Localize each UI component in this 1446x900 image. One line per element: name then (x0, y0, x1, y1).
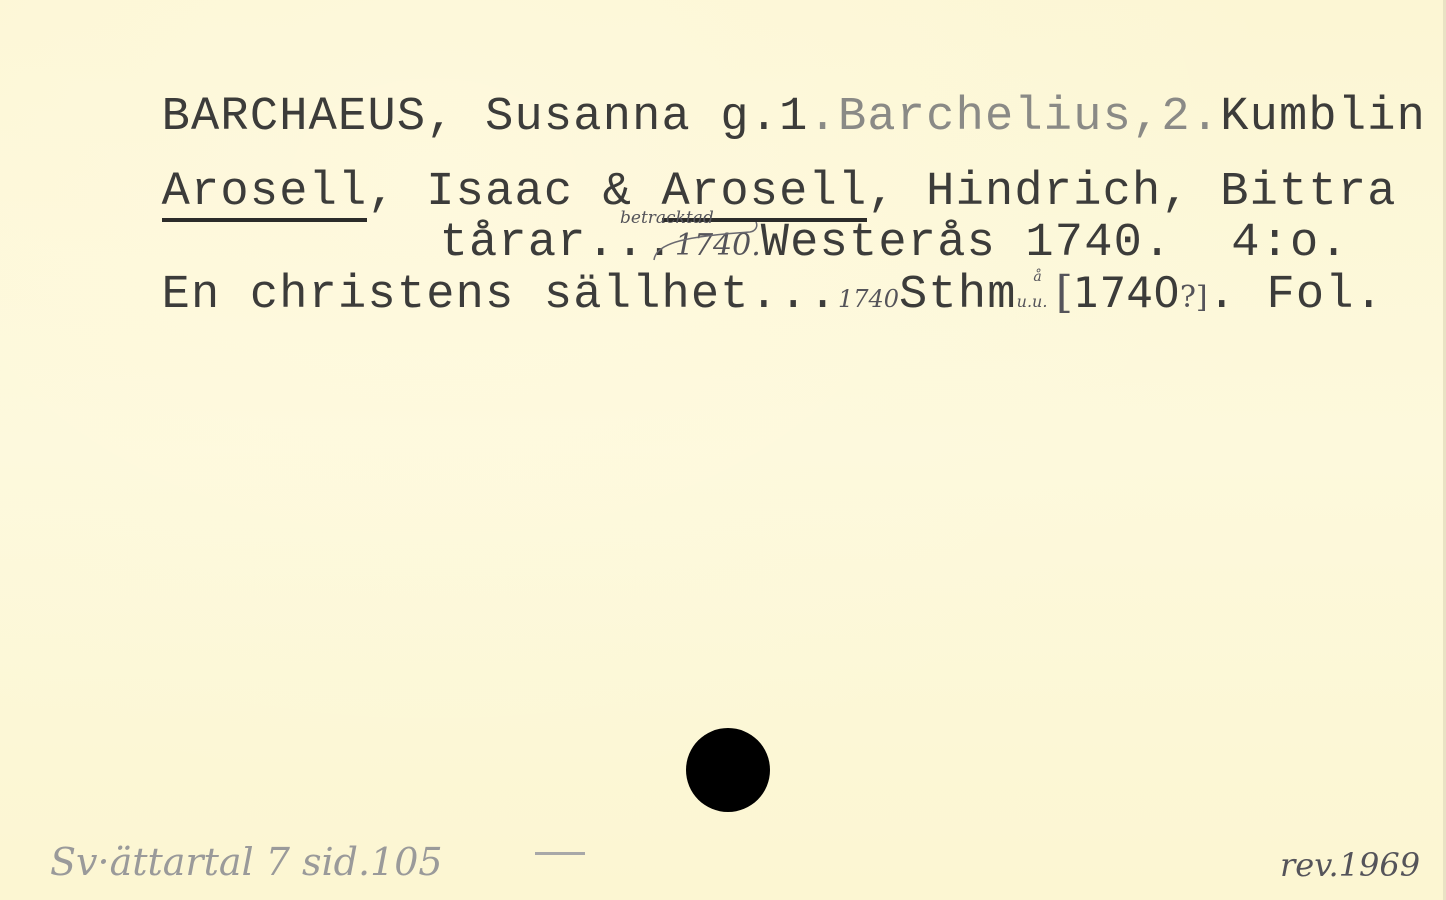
entry-2-ellipsis: ... (750, 269, 838, 322)
footer-left-underline (535, 852, 585, 861)
entry-2-line: En christens sällhet...1740Sthmu.u.å[174… (44, 224, 1384, 366)
entry-2-bracket-open: [ (1056, 267, 1073, 318)
entry-2-year: 1740 (1073, 268, 1180, 317)
entry-2-bracket-close: ?] (1180, 280, 1208, 315)
entry-2-place: Sthm (899, 269, 1017, 322)
punch-hole (686, 728, 770, 812)
entry-2-handwritten-super: å (1033, 269, 1041, 285)
footer-left-pencil-note: Sv·ättartal 7 sid.105 (50, 840, 443, 884)
entry-2-handwritten-year: 1740 (838, 285, 899, 313)
entry-2-handwritten-sub: u.u. (1017, 292, 1048, 311)
entry-2-title: En christens sällhet (162, 269, 750, 322)
footer-revision-note: rev.1969 (1280, 846, 1420, 884)
catalog-card: BARCHAEUS, Susanna g.1.Barchelius,2.Kumb… (0, 0, 1446, 900)
entry-2-format: . Fol. (1208, 269, 1384, 322)
